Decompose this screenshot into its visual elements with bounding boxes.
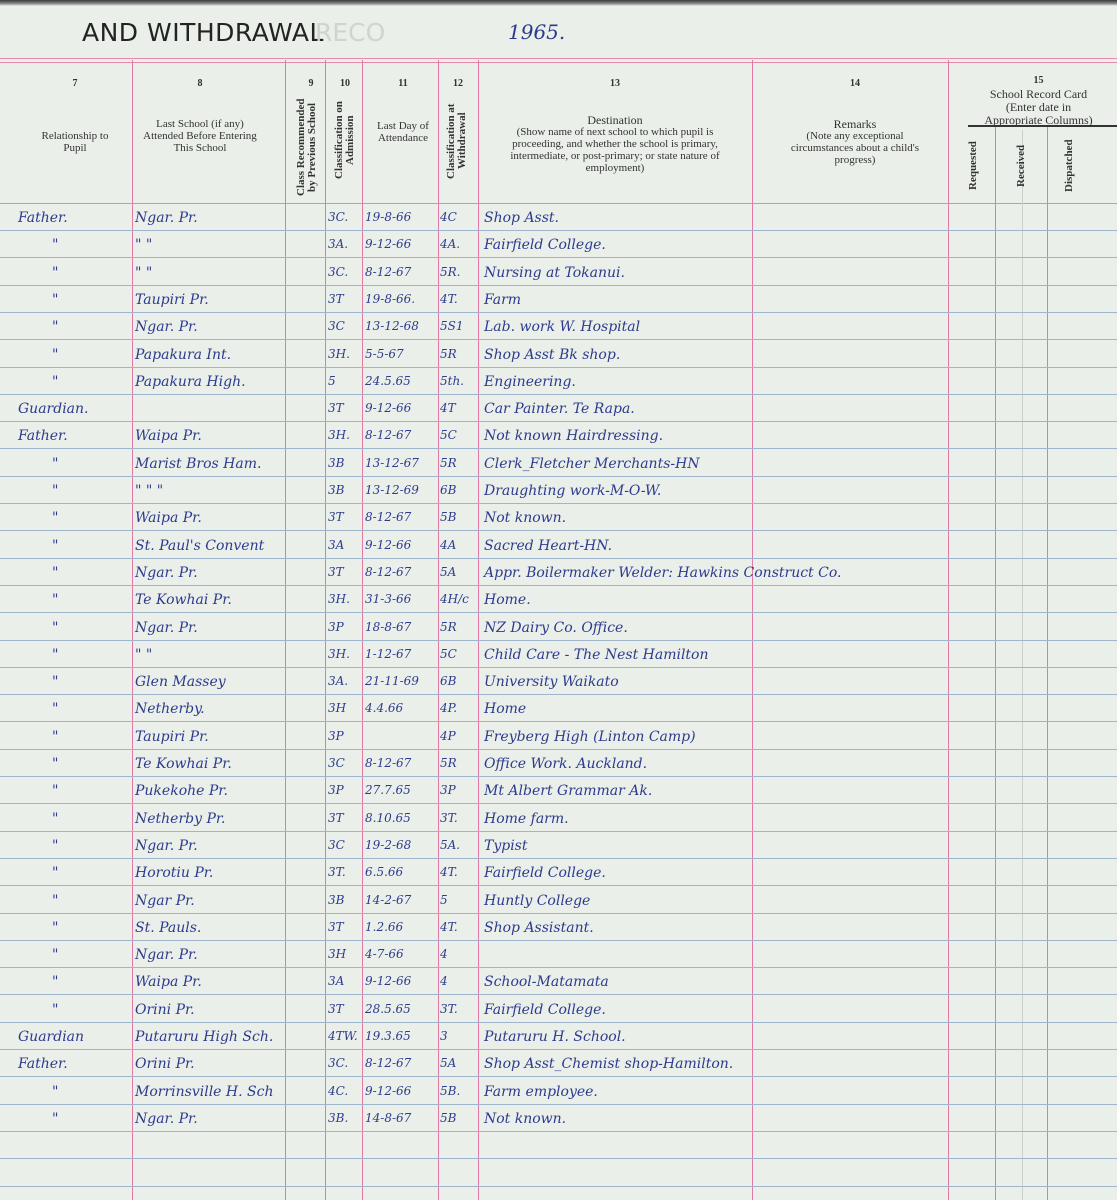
cell-destination: Lab. work W. Hospital xyxy=(484,319,640,335)
col-number: 10 xyxy=(333,78,357,90)
header-rule-top xyxy=(0,58,1117,59)
cell-destination: NZ Dairy Co. Office. xyxy=(484,620,628,636)
cell-class-wd: 5R xyxy=(440,456,457,470)
cell-destination: Fairfield College. xyxy=(484,865,606,881)
cell-last-school: Waipa Pr. xyxy=(135,974,202,990)
cell-class-adm: 3P xyxy=(328,620,344,634)
cell-last-school: Ngar. Pr. xyxy=(135,620,198,636)
cell-last-day: 1.2.66 xyxy=(365,920,403,934)
cell-class-adm: 3B xyxy=(328,893,344,907)
cell-last-day: 8.10.65 xyxy=(365,811,411,825)
cell-last-school: " " xyxy=(135,265,152,281)
cell-relationship: Guardian xyxy=(18,1029,84,1045)
column-rule xyxy=(752,60,753,1200)
col-header-class-wd-num: 12 xyxy=(445,78,471,94)
ruled-line xyxy=(0,831,1117,832)
col-header-class-rec: Class Recommended by Previous School xyxy=(296,95,322,200)
column-rule xyxy=(285,60,286,1200)
record-card-divider xyxy=(968,125,1117,127)
cell-class-wd: 4H/c xyxy=(440,592,469,606)
year-annotation: 1965. xyxy=(508,20,565,44)
cell-class-wd: 4A. xyxy=(440,237,460,251)
header-rule-bottom xyxy=(0,203,1117,204)
column-rule xyxy=(995,125,996,1200)
cell-relationship: " xyxy=(52,510,58,526)
cell-class-adm: 3C xyxy=(328,319,345,333)
cell-last-day: 4.4.66 xyxy=(365,701,403,715)
cell-last-school: Waipa Pr. xyxy=(135,428,202,444)
cell-last-day: 19-8-66. xyxy=(365,292,415,306)
col-number: 11 xyxy=(368,78,438,90)
col-header-destination: 13 Destination (Show name of next school… xyxy=(495,78,735,174)
cell-last-school: Putaruru High Sch. xyxy=(135,1029,273,1045)
col-header-relationship: 7 Relationship to Pupil xyxy=(30,78,120,154)
cell-class-adm: 3A xyxy=(328,974,344,988)
cell-class-wd: 4T. xyxy=(440,920,458,934)
cell-relationship: " xyxy=(52,811,58,827)
cell-last-day: 31-3-66 xyxy=(365,592,411,606)
cell-last-day: 9-12-66 xyxy=(365,974,411,988)
col-label: Last School (if any) Attended Before Ent… xyxy=(140,118,260,154)
cell-class-adm: 5 xyxy=(328,374,336,388)
cell-last-day: 14-8-67 xyxy=(365,1111,411,1125)
column-rule xyxy=(948,60,949,1200)
cell-last-day: 9-12-66 xyxy=(365,237,411,251)
cell-last-day: 13-12-69 xyxy=(365,483,419,497)
cell-last-day: 24.5.65 xyxy=(365,374,411,388)
ruled-line xyxy=(0,1104,1117,1105)
cell-destination: Freyberg High (Linton Camp) xyxy=(484,729,696,745)
cell-class-wd: 5A xyxy=(440,1056,456,1070)
cell-last-school: Ngar. Pr. xyxy=(135,565,198,581)
cell-last-day: 9-12-66 xyxy=(365,401,411,415)
column-rule xyxy=(325,60,326,1200)
cell-relationship: " xyxy=(52,538,58,554)
ruled-line xyxy=(0,585,1117,586)
ruled-line xyxy=(0,776,1117,777)
cell-destination: Fairfield College. xyxy=(484,1002,606,1018)
cell-last-school: St. Pauls. xyxy=(135,920,201,936)
col-header-class-wd: Classification at Withdrawal xyxy=(446,95,470,187)
cell-destination: Office Work. Auckland. xyxy=(484,756,647,772)
cell-class-wd: 5C xyxy=(440,428,457,442)
cell-class-adm: 3T xyxy=(328,510,344,524)
cell-class-wd: 5A xyxy=(440,565,456,579)
cell-last-school: Horotiu Pr. xyxy=(135,865,213,881)
cell-last-day: 8-12-67 xyxy=(365,565,411,579)
ruled-line xyxy=(0,476,1117,477)
cell-destination: Sacred Heart-HN. xyxy=(484,538,612,554)
cell-relationship: " xyxy=(52,565,58,581)
column-rule xyxy=(132,60,133,1200)
ruled-line xyxy=(0,940,1117,941)
cell-last-school: Glen Massey xyxy=(135,674,226,690)
cell-class-wd: 6B xyxy=(440,483,456,497)
cell-class-adm: 3H. xyxy=(328,428,350,442)
cell-last-day: 19-2-68 xyxy=(365,838,411,852)
cell-relationship: " xyxy=(52,729,58,745)
cell-last-day: 13-12-68 xyxy=(365,319,419,333)
cell-class-adm: 3B xyxy=(328,456,344,470)
cell-destination: Farm employee. xyxy=(484,1084,598,1100)
cell-destination: Engineering. xyxy=(484,374,576,390)
cell-class-adm: 3C. xyxy=(328,1056,348,1070)
cell-relationship: " xyxy=(52,1111,58,1127)
cell-class-wd: 4C xyxy=(440,210,457,224)
col-number: 13 xyxy=(495,78,735,90)
ruled-line xyxy=(0,1049,1117,1050)
cell-class-adm: 3B xyxy=(328,483,344,497)
cell-class-wd: 5S1 xyxy=(440,319,464,333)
col-label: Remarks xyxy=(770,118,940,130)
cell-last-day: 14-2-67 xyxy=(365,893,411,907)
cell-last-day: 5-5-67 xyxy=(365,347,404,361)
cell-class-adm: 3P xyxy=(328,729,344,743)
cell-relationship: " xyxy=(52,265,58,281)
cell-last-school: Taupiri Pr. xyxy=(135,292,209,308)
cell-last-day: 18-8-67 xyxy=(365,620,411,634)
ruled-line xyxy=(0,312,1117,313)
ruled-line xyxy=(0,967,1117,968)
cell-destination: Appr. Boilermaker Welder: Hawkins Constr… xyxy=(484,565,841,581)
column-rule xyxy=(362,60,363,1200)
cell-class-adm: 3C. xyxy=(328,265,348,279)
cell-relationship: " xyxy=(52,974,58,990)
cell-destination: Nursing at Tokanui. xyxy=(484,265,625,281)
cell-last-school: Orini Pr. xyxy=(135,1056,195,1072)
col-header-remarks: 14 Remarks (Note any exceptional circums… xyxy=(770,78,940,166)
cell-class-adm: 4C. xyxy=(328,1084,348,1098)
cell-class-wd: 5C xyxy=(440,647,457,661)
col-number: 15 xyxy=(960,74,1117,87)
col-header-record-card: 15 School Record Card (Enter date in App… xyxy=(960,74,1117,127)
subcol-requested: Requested xyxy=(968,132,990,200)
cell-class-wd: 5A. xyxy=(440,838,460,852)
cell-last-school: Ngar Pr. xyxy=(135,893,195,909)
ruled-line xyxy=(0,1131,1117,1132)
cell-last-day: 8-12-67 xyxy=(365,756,411,770)
cell-destination: University Waikato xyxy=(484,674,619,690)
cell-relationship: Father. xyxy=(18,210,68,226)
col-sublabel: (Note any exceptional circumstances abou… xyxy=(770,130,940,166)
cell-class-wd: 4 xyxy=(440,947,448,961)
ruled-line xyxy=(0,994,1117,995)
ruled-line xyxy=(0,339,1117,340)
ruled-line xyxy=(0,721,1117,722)
cell-last-day: 6.5.66 xyxy=(365,865,403,879)
cell-relationship: " xyxy=(52,1002,58,1018)
cell-relationship: " xyxy=(52,1084,58,1100)
cell-class-wd: 5B. xyxy=(440,1084,460,1098)
ruled-line xyxy=(0,257,1117,258)
col-label: Relationship to Pupil xyxy=(30,130,120,154)
cell-last-school: " " xyxy=(135,647,152,663)
column-rule xyxy=(438,60,439,1200)
cell-last-school: Ngar. Pr. xyxy=(135,319,198,335)
cell-last-school: Morrinsville H. Sch xyxy=(135,1084,273,1100)
cell-class-wd: 3P xyxy=(440,783,456,797)
cell-relationship: Guardian. xyxy=(18,401,89,417)
cell-destination: Huntly College xyxy=(484,893,590,909)
cell-class-wd: 4P. xyxy=(440,701,457,715)
cell-last-school: Papakura High. xyxy=(135,374,246,390)
cell-class-adm: 3A. xyxy=(328,237,348,251)
cell-class-wd: 3T. xyxy=(440,1002,458,1016)
cell-last-day: 4-7-66 xyxy=(365,947,404,961)
cell-class-adm: 3C xyxy=(328,756,345,770)
cell-relationship: " xyxy=(52,592,58,608)
cell-class-adm: 3T. xyxy=(328,865,346,879)
page-title: AND WITHDRAWAL xyxy=(82,18,324,47)
cell-class-adm: 4TW. xyxy=(328,1029,358,1043)
col-label: Last Day of Attendance xyxy=(368,120,438,144)
cell-destination: School-Matamata xyxy=(484,974,609,990)
cell-last-school: Ngar. Pr. xyxy=(135,1111,198,1127)
cell-last-school: Orini Pr. xyxy=(135,1002,195,1018)
cell-class-adm: 3H. xyxy=(328,647,350,661)
cell-class-adm: 3T xyxy=(328,811,344,825)
cell-relationship: " xyxy=(52,838,58,854)
cell-relationship: " xyxy=(52,237,58,253)
cell-last-day: 8-12-67 xyxy=(365,510,411,524)
cell-relationship: " xyxy=(52,920,58,936)
cell-class-adm: 3H xyxy=(328,947,346,961)
ruled-line xyxy=(0,913,1117,914)
cell-class-adm: 3A. xyxy=(328,674,348,688)
cell-last-day: 27.7.65 xyxy=(365,783,411,797)
cell-relationship: " xyxy=(52,319,58,335)
cell-relationship: Father. xyxy=(18,428,68,444)
cell-destination: Shop Asst Bk shop. xyxy=(484,347,620,363)
cell-class-wd: 5R xyxy=(440,347,457,361)
cell-destination: Clerk_Fletcher Merchants-HN xyxy=(484,456,700,472)
cell-destination: Mt Albert Grammar Ak. xyxy=(484,783,652,799)
cell-last-day: 8-12-67 xyxy=(365,1056,411,1070)
ruled-line xyxy=(0,448,1117,449)
ruled-line xyxy=(0,749,1117,750)
cell-class-adm: 3B. xyxy=(328,1111,348,1125)
subcol-received: Received xyxy=(1016,132,1038,200)
ruled-line xyxy=(0,558,1117,559)
cell-destination: Car Painter. Te Rapa. xyxy=(484,401,635,417)
cell-destination: Child Care - The Nest Hamilton xyxy=(484,647,709,663)
cell-class-wd: 3 xyxy=(440,1029,448,1043)
ruled-line xyxy=(0,694,1117,695)
cell-class-wd: 6B xyxy=(440,674,456,688)
cell-relationship: " xyxy=(52,292,58,308)
cell-last-school: St. Paul's Convent xyxy=(135,538,264,554)
cell-relationship: " xyxy=(52,674,58,690)
cell-last-school: Pukekohe Pr. xyxy=(135,783,228,799)
cell-last-school: Ngar. Pr. xyxy=(135,947,198,963)
cell-last-school: Ngar. Pr. xyxy=(135,210,198,226)
col-label: Destination xyxy=(495,114,735,126)
cell-relationship: " xyxy=(52,756,58,772)
cell-last-day: 8-12-67 xyxy=(365,265,411,279)
col-number: 12 xyxy=(445,78,471,90)
cell-class-adm: 3T xyxy=(328,565,344,579)
cell-class-wd: 5B xyxy=(440,510,456,524)
cell-destination: Shop Assistant. xyxy=(484,920,594,936)
subcol-dispatched: Dispatched xyxy=(1064,132,1086,200)
cell-destination: Home. xyxy=(484,592,531,608)
cell-class-wd: 5R xyxy=(440,620,457,634)
cell-destination: Fairfield College. xyxy=(484,237,606,253)
cell-last-school: " " xyxy=(135,237,152,253)
cell-relationship: " xyxy=(52,893,58,909)
cell-class-wd: 4T. xyxy=(440,865,458,879)
ruled-line xyxy=(0,640,1117,641)
cell-relationship: Father. xyxy=(18,1056,68,1072)
ruled-line xyxy=(0,503,1117,504)
col-number: 7 xyxy=(30,78,120,90)
cell-destination: Not known. xyxy=(484,510,566,526)
col-sublabel: (Show name of next school to which pupil… xyxy=(495,126,735,174)
cell-last-school: Taupiri Pr. xyxy=(135,729,209,745)
ruled-line xyxy=(0,394,1117,395)
cell-class-wd: 3T. xyxy=(440,811,458,825)
cell-last-school: Te Kowhai Pr. xyxy=(135,756,232,772)
ruled-line xyxy=(0,803,1117,804)
cell-last-day: 19-8-66 xyxy=(365,210,411,224)
cell-last-day: 28.5.65 xyxy=(365,1002,411,1016)
cell-last-school: Waipa Pr. xyxy=(135,510,202,526)
ruled-line xyxy=(0,1022,1117,1023)
cell-last-school: Ngar. Pr. xyxy=(135,838,198,854)
col-header-class-adm-num: 10 xyxy=(333,78,357,94)
ruled-line xyxy=(0,230,1117,231)
col-header-last-school: 8 Last School (if any) Attended Before E… xyxy=(140,78,260,154)
cell-last-school: " " " xyxy=(135,483,163,499)
cell-class-wd: 5th. xyxy=(440,374,464,388)
ruled-line xyxy=(0,612,1117,613)
cell-class-wd: 4P xyxy=(440,729,456,743)
column-rule xyxy=(1047,125,1048,1200)
cell-last-school: Papakura Int. xyxy=(135,347,231,363)
col-sublabel: (Enter date in Appropriate Columns) xyxy=(960,101,1117,127)
col-header-last-day: 11 Last Day of Attendance xyxy=(368,78,438,144)
cell-class-adm: 3P xyxy=(328,783,344,797)
cell-destination: Draughting work-M-O-W. xyxy=(484,483,661,499)
cell-class-wd: 5R. xyxy=(440,265,460,279)
cell-destination: Shop Asst. xyxy=(484,210,559,226)
col-header-class-adm: Classification on Admission xyxy=(334,95,358,185)
cell-destination: Shop Asst_Chemist shop-Hamilton. xyxy=(484,1056,733,1072)
cell-class-wd: 4T xyxy=(440,401,456,415)
cell-class-adm: 3H. xyxy=(328,347,350,361)
cell-class-adm: 3T xyxy=(328,292,344,306)
cell-class-wd: 4 xyxy=(440,974,448,988)
cell-relationship: " xyxy=(52,647,58,663)
col-number: 14 xyxy=(770,78,940,90)
cell-class-adm: 3C. xyxy=(328,210,348,224)
ruled-line xyxy=(0,667,1117,668)
cell-destination: Farm xyxy=(484,292,521,308)
ruled-line xyxy=(0,858,1117,859)
cell-last-day: 13-12-67 xyxy=(365,456,419,470)
cell-destination: Not known. xyxy=(484,1111,566,1127)
cell-last-school: Marist Bros Ham. xyxy=(135,456,261,472)
cell-last-school: Netherby. xyxy=(135,701,205,717)
cell-class-adm: 3H xyxy=(328,701,346,715)
col-number: 8 xyxy=(140,78,260,90)
col-header-class-rec-num: 9 xyxy=(300,78,322,94)
ruled-line xyxy=(0,1186,1117,1187)
ruled-line xyxy=(0,885,1117,886)
cell-relationship: " xyxy=(52,783,58,799)
ruled-line xyxy=(0,1076,1117,1077)
bleed-through-text: RECO xyxy=(315,18,385,47)
cell-class-adm: 3T xyxy=(328,1002,344,1016)
col-number: 9 xyxy=(300,78,322,90)
cell-relationship: " xyxy=(52,347,58,363)
cell-destination: Not known Hairdressing. xyxy=(484,428,663,444)
page-edge-shadow xyxy=(0,0,1117,6)
cell-destination: Typist xyxy=(484,838,528,854)
cell-class-wd: 4A xyxy=(440,538,456,552)
cell-class-wd: 5B xyxy=(440,1111,456,1125)
cell-last-day: 1-12-67 xyxy=(365,647,411,661)
cell-last-day: 21-11-69 xyxy=(365,674,419,688)
cell-destination: Putaruru H. School. xyxy=(484,1029,626,1045)
cell-class-adm: 3T xyxy=(328,401,344,415)
cell-relationship: " xyxy=(52,456,58,472)
column-rule xyxy=(478,60,479,1200)
cell-class-wd: 4T. xyxy=(440,292,458,306)
ruled-line xyxy=(0,285,1117,286)
cell-last-day: 8-12-67 xyxy=(365,428,411,442)
cell-destination: Home farm. xyxy=(484,811,569,827)
cell-class-adm: 3T xyxy=(328,920,344,934)
cell-relationship: " xyxy=(52,947,58,963)
cell-relationship: " xyxy=(52,374,58,390)
cell-relationship: " xyxy=(52,701,58,717)
cell-class-adm: 3A xyxy=(328,538,344,552)
cell-class-wd: 5R xyxy=(440,756,457,770)
ruled-line xyxy=(0,530,1117,531)
cell-last-day: 9-12-66 xyxy=(365,1084,411,1098)
cell-destination: Home xyxy=(484,701,526,717)
cell-last-school: Netherby Pr. xyxy=(135,811,226,827)
ruled-line xyxy=(0,1158,1117,1159)
cell-relationship: " xyxy=(52,483,58,499)
cell-class-adm: 3H. xyxy=(328,592,350,606)
header-rule-top-2 xyxy=(0,62,1117,63)
cell-class-wd: 5 xyxy=(440,893,448,907)
cell-relationship: " xyxy=(52,865,58,881)
column-rule-faint xyxy=(1022,130,1023,1200)
ruled-line xyxy=(0,367,1117,368)
cell-last-school: Te Kowhai Pr. xyxy=(135,592,232,608)
cell-last-day: 9-12-66 xyxy=(365,538,411,552)
ledger-page: AND WITHDRAWAL RECO 1965. 7 Relationship… xyxy=(0,0,1117,1200)
cell-class-adm: 3C xyxy=(328,838,345,852)
ruled-line xyxy=(0,421,1117,422)
cell-last-day: 19.3.65 xyxy=(365,1029,411,1043)
cell-relationship: " xyxy=(52,620,58,636)
